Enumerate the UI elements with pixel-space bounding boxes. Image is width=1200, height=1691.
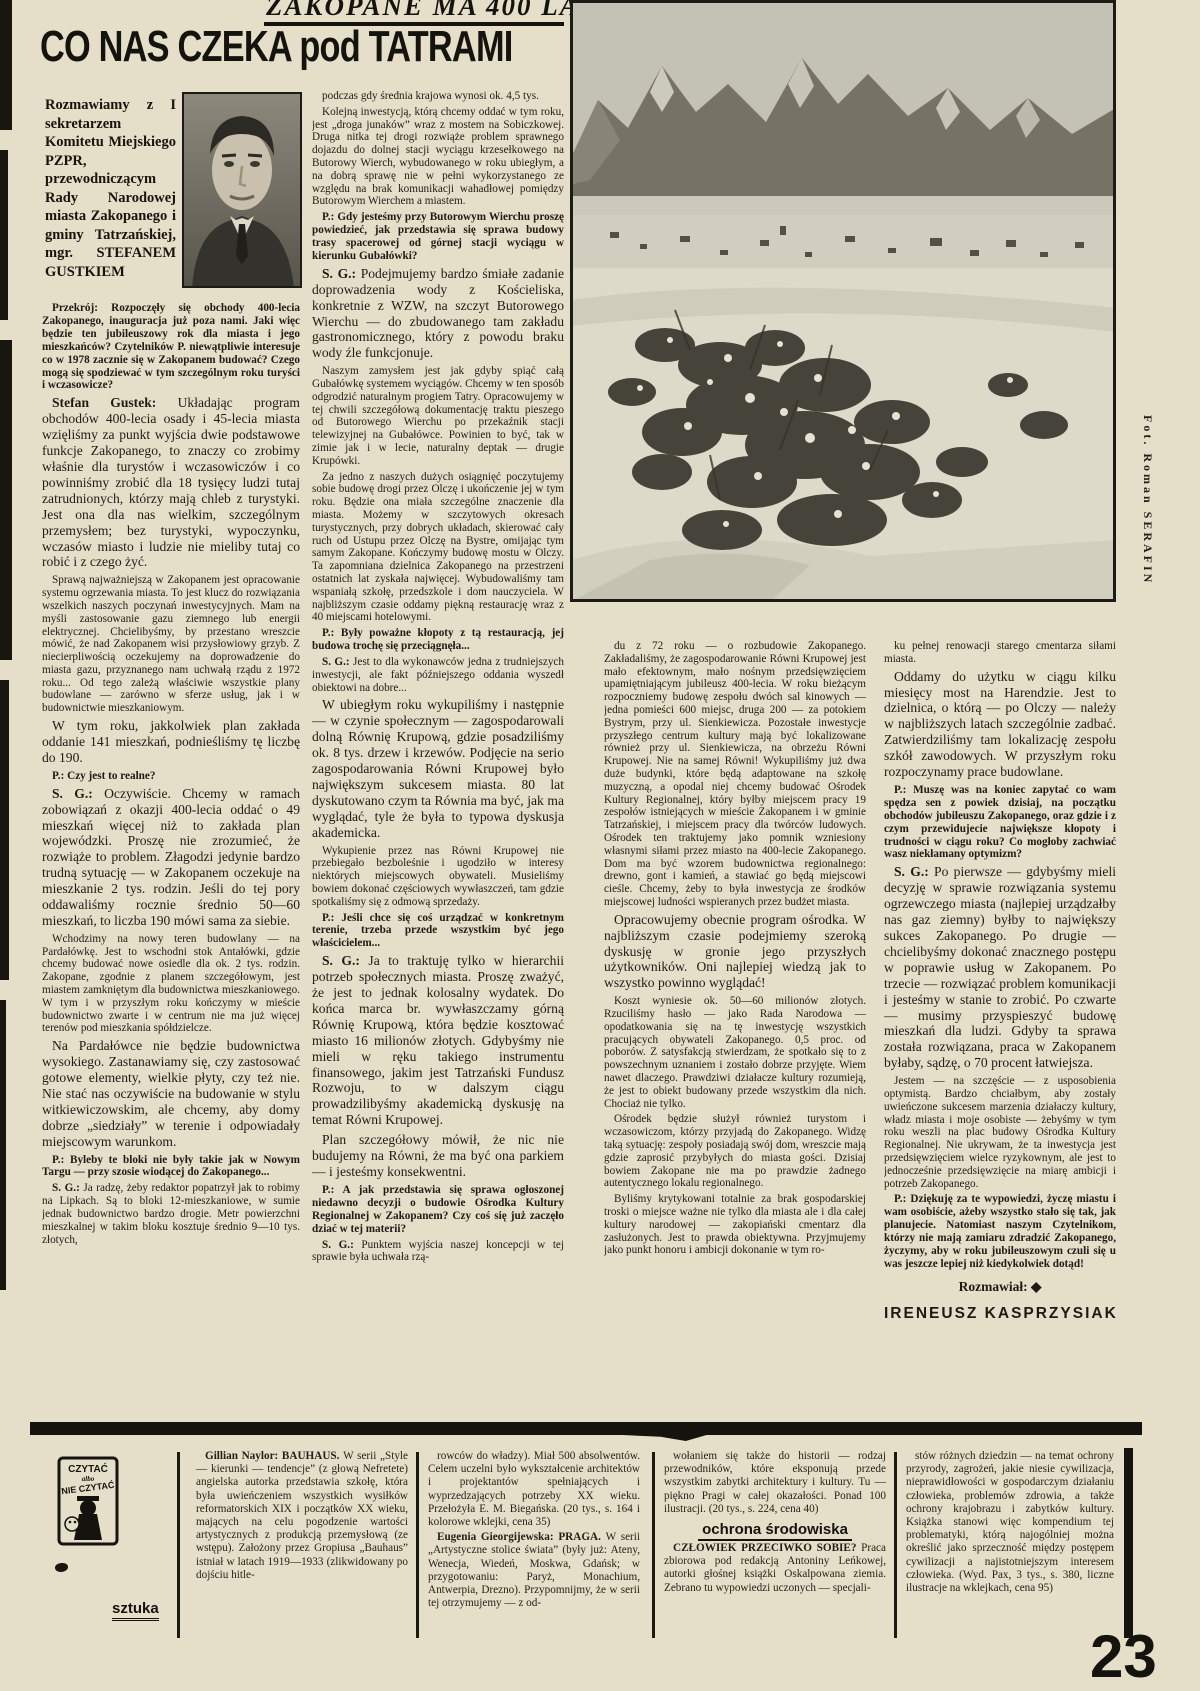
paragraph: S. G.: Ja to traktuję tylko w hierarchii… [312, 953, 564, 1128]
article-column-1: Przekrój: Rozpoczęły się obchody 400-lec… [42, 300, 300, 1422]
paragraph: podczas gdy średnia krajowa wynosi ok. 4… [312, 90, 564, 103]
article-lede: Rozmawiamy z I sekretarzem Komitetu Miej… [45, 96, 176, 296]
paragraph: Ośrodek będzie służył również turystom i… [604, 1113, 866, 1190]
books-column-1: Gillian Naylor: BAUHAUS. W serii „Style … [196, 1450, 408, 1646]
paragraph: Jestem — na szczęście — z usposobienia o… [884, 1075, 1116, 1190]
paragraph: Stefan Gustek: Układając program obchodó… [42, 395, 300, 570]
paragraph: Oddamy do użytku w ciągu kilku miesięcy … [884, 669, 1116, 780]
paragraph: ku pełnej renowacji starego cmentarza si… [884, 640, 1116, 666]
page-number: 23 [1090, 1622, 1157, 1691]
paragraph: rowców do władzy). Miał 500 absolwentów.… [428, 1450, 640, 1529]
paragraph: Sprawą najważniejszą w Zakopanem jest op… [42, 574, 300, 715]
paragraph: Eugenia Gieorgijewska: PRAGA. W serii „A… [428, 1531, 640, 1610]
books-column-3-bottom: CZŁOWIEK PRZECIWKO SOBIE? Praca zbiorowa… [664, 1542, 886, 1595]
article-column-3: du z 72 roku — o rozbudowie Zakopanego. … [604, 640, 866, 1424]
paragraph: S. G.: Podejmujemy bardzo śmiałe zadanie… [312, 266, 564, 361]
books-end-bar [1124, 1448, 1133, 1638]
paragraph: P.: Dziękuję za te wypowiedzi, życzę mia… [884, 1193, 1116, 1270]
paragraph: S. G.: Po pierwsze — gdybyśmy mieli decy… [884, 864, 1116, 1071]
column-divider [177, 1452, 180, 1638]
paragraph: Byliśmy krytykowani totalnie za brak gos… [604, 1193, 866, 1257]
paragraph: S. G.: Oczywiście. Chcemy w ramach zobow… [42, 786, 300, 929]
paragraph: S. G.: Punktem wyjścia naszej koncepcji … [312, 1239, 564, 1265]
paragraph: Wykupienie przez nas Równi Krupowej nie … [312, 845, 564, 909]
portrait-illustration [182, 92, 302, 288]
paragraph: Kolejną inwestycją, którą chcemy oddać w… [312, 106, 564, 208]
books-column-3-top: wołaniem się także do historii — rodzaj … [664, 1450, 886, 1516]
tatra-winter-panorama [570, 0, 1116, 602]
ink-spot [55, 1563, 68, 1572]
scan-artifact [0, 0, 12, 130]
books-column-logo: CZYTAĆ albo NIE CZYTAĆ [57, 1456, 119, 1546]
czytac-albo-nie-czytac-logo: CZYTAĆ albo NIE CZYTAĆ [57, 1456, 119, 1546]
photo-credit: Fot. Roman SERAFIN [1140, 415, 1155, 675]
paragraph: S. G.: Ja radzę, żeby redaktor popatrzył… [42, 1182, 300, 1246]
reader-figure [65, 1496, 102, 1540]
paragraph: W tym roku, jakkolwiek plan zakłada odda… [42, 718, 300, 766]
newspaper-page: ZAKOPANE MA 400 LAT CO NAS CZEKA pod TAT… [0, 0, 1200, 1691]
paragraph: P.: Gdy jesteśmy przy Butorowym Wierchu … [312, 211, 564, 263]
paragraph: Gillian Naylor: BAUHAUS. W serii „Style … [196, 1450, 408, 1582]
article-headline: CO NAS CZEKA pod TATRAMI [40, 22, 555, 72]
article-column-4-text: ku pełnej renowacji starego cmentarza si… [884, 640, 1116, 1271]
byline-label: Rozmawiał: ◆ [884, 1279, 1116, 1295]
paragraph: P.: Czy jest to realne? [42, 770, 300, 783]
paragraph: Naszym zamysłem jest jak gdyby spiąć cał… [312, 365, 564, 467]
paragraph: CZŁOWIEK PRZECIWKO SOBIE? Praca zbiorowa… [664, 1542, 886, 1595]
paragraph: P.: Byleby te bloki nie były takie jak w… [42, 1154, 300, 1180]
article-column-2: podczas gdy średnia krajowa wynosi ok. 4… [312, 90, 564, 1422]
paragraph: Opracowujemy obecnie program ośrodka. W … [604, 912, 866, 992]
books-subsection-heading: ochrona środowiska [664, 1521, 886, 1538]
paragraph: W ubiegłym roku wykupiliśmy i następnie … [312, 697, 564, 840]
paragraph: P.: Jeśli chce się coś urządzać w konkre… [312, 912, 564, 951]
paragraph: Na Pardałówce nie będzie budownictwa wys… [42, 1038, 300, 1149]
section-kicker: ZAKOPANE MA 400 LAT [266, 0, 566, 22]
landscape-photo [570, 0, 1116, 602]
byline: Rozmawiał: ◆ IRENEUSZ KASPRZYSIAK [884, 1279, 1116, 1323]
scan-artifact [0, 150, 8, 320]
paragraph: stów różnych dziedzin — na temat ochrony… [906, 1450, 1114, 1595]
books-section-label: sztuka [112, 1600, 159, 1621]
article-column-4: ku pełnej renowacji starego cmentarza si… [884, 640, 1116, 1424]
paragraph: P.: A jak przedstawia się sprawa ogłoszo… [312, 1184, 564, 1236]
column-divider [894, 1452, 897, 1638]
books-column-4: stów różnych dziedzin — na temat ochrony… [906, 1450, 1114, 1646]
logo-line-1: CZYTAĆ [68, 1462, 108, 1475]
paragraph: P.: Muszę was na koniec zapytać co wam s… [884, 784, 1116, 861]
scan-artifact [0, 1000, 6, 1290]
section-divider-tail [600, 1434, 710, 1441]
scan-artifact [0, 680, 9, 980]
paragraph: Za jedno z naszych dużych osiągnięć pocz… [312, 471, 564, 625]
column-divider [652, 1452, 655, 1638]
paragraph: Przekrój: Rozpoczęły się obchody 400-lec… [42, 302, 300, 392]
byline-author: IRENEUSZ KASPRZYSIAK [884, 1305, 1116, 1323]
paragraph: S. G.: Jest to dla wykonawców jedna z tr… [312, 656, 564, 694]
paragraph: P.: Były poważne kłopoty z tą restauracj… [312, 627, 564, 653]
section-divider-rule [30, 1422, 1142, 1435]
paragraph: Koszt wyniesie ok. 50—60 milionów złotyc… [604, 995, 866, 1110]
paragraph: Wchodzimy na nowy teren budowlany — na P… [42, 933, 300, 1035]
paragraph: wołaniem się także do historii — rodzaj … [664, 1450, 886, 1516]
paragraph: Plan szczegółowy mówił, że nic nie buduj… [312, 1132, 564, 1180]
scan-artifact [0, 340, 12, 660]
portrait-photo [182, 92, 302, 288]
column-divider [416, 1452, 419, 1638]
books-column-2: rowców do władzy). Miał 500 absolwentów.… [428, 1450, 640, 1646]
paragraph: du z 72 roku — o rozbudowie Zakopanego. … [604, 640, 866, 909]
books-column-3: wołaniem się także do historii — rodzaj … [664, 1450, 886, 1646]
